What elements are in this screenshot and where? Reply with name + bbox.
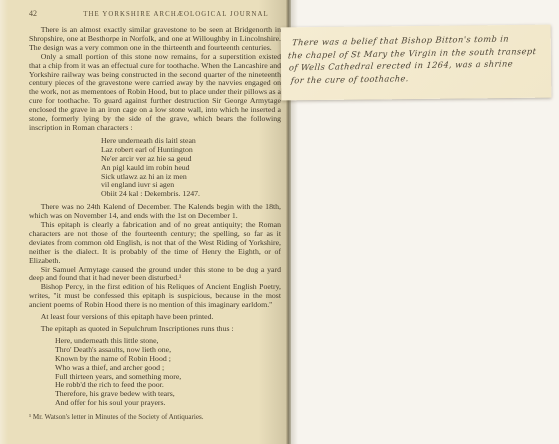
- paragraph: Bishop Percy, in the first edition of hi…: [29, 283, 281, 310]
- paragraph: There is an almost exactly similar grave…: [29, 26, 281, 53]
- paragraph: Sir Samuel Armytage caused the ground un…: [29, 266, 281, 284]
- journal-title: THE YORKSHIRE ARCHÆOLOGICAL JOURNAL: [71, 11, 281, 18]
- handwritten-note-slip: There was a belief that Bishop Bitton's …: [281, 25, 552, 101]
- epitaph-verse: Here, underneath this little stone,Thro'…: [55, 337, 281, 408]
- paragraph: This epitaph is clearly a fabrication an…: [29, 221, 281, 266]
- inscription-line: Obiit 24 kal : Dekembris. 1247.: [101, 190, 281, 199]
- printed-page: 42 THE YORKSHIRE ARCHÆOLOGICAL JOURNAL T…: [0, 0, 287, 444]
- paragraph: The epitaph as quoted in Sepulchrum Insc…: [29, 325, 281, 334]
- paragraph: Only a small portion of this stone now r…: [29, 53, 281, 133]
- paragraph: There was no 24th Kalend of December. Th…: [29, 203, 281, 221]
- handwritten-note-text: There was a belief that Bishop Bitton's …: [288, 32, 541, 87]
- page-body: There is an almost exactly similar grave…: [29, 26, 281, 421]
- page-number: 42: [29, 9, 37, 18]
- paragraph: At least four versions of this epitaph h…: [29, 313, 281, 322]
- book-scan: 42 THE YORKSHIRE ARCHÆOLOGICAL JOURNAL T…: [0, 0, 559, 444]
- epitaph-line: And offer for his soul your prayers.: [55, 399, 281, 408]
- running-header: 42 THE YORKSHIRE ARCHÆOLOGICAL JOURNAL: [29, 9, 281, 18]
- footnote: ¹ Mr. Watson's letter in Minutes of the …: [29, 413, 281, 421]
- grave-inscription: Here underneath dis laitl steanLaz rober…: [101, 137, 281, 199]
